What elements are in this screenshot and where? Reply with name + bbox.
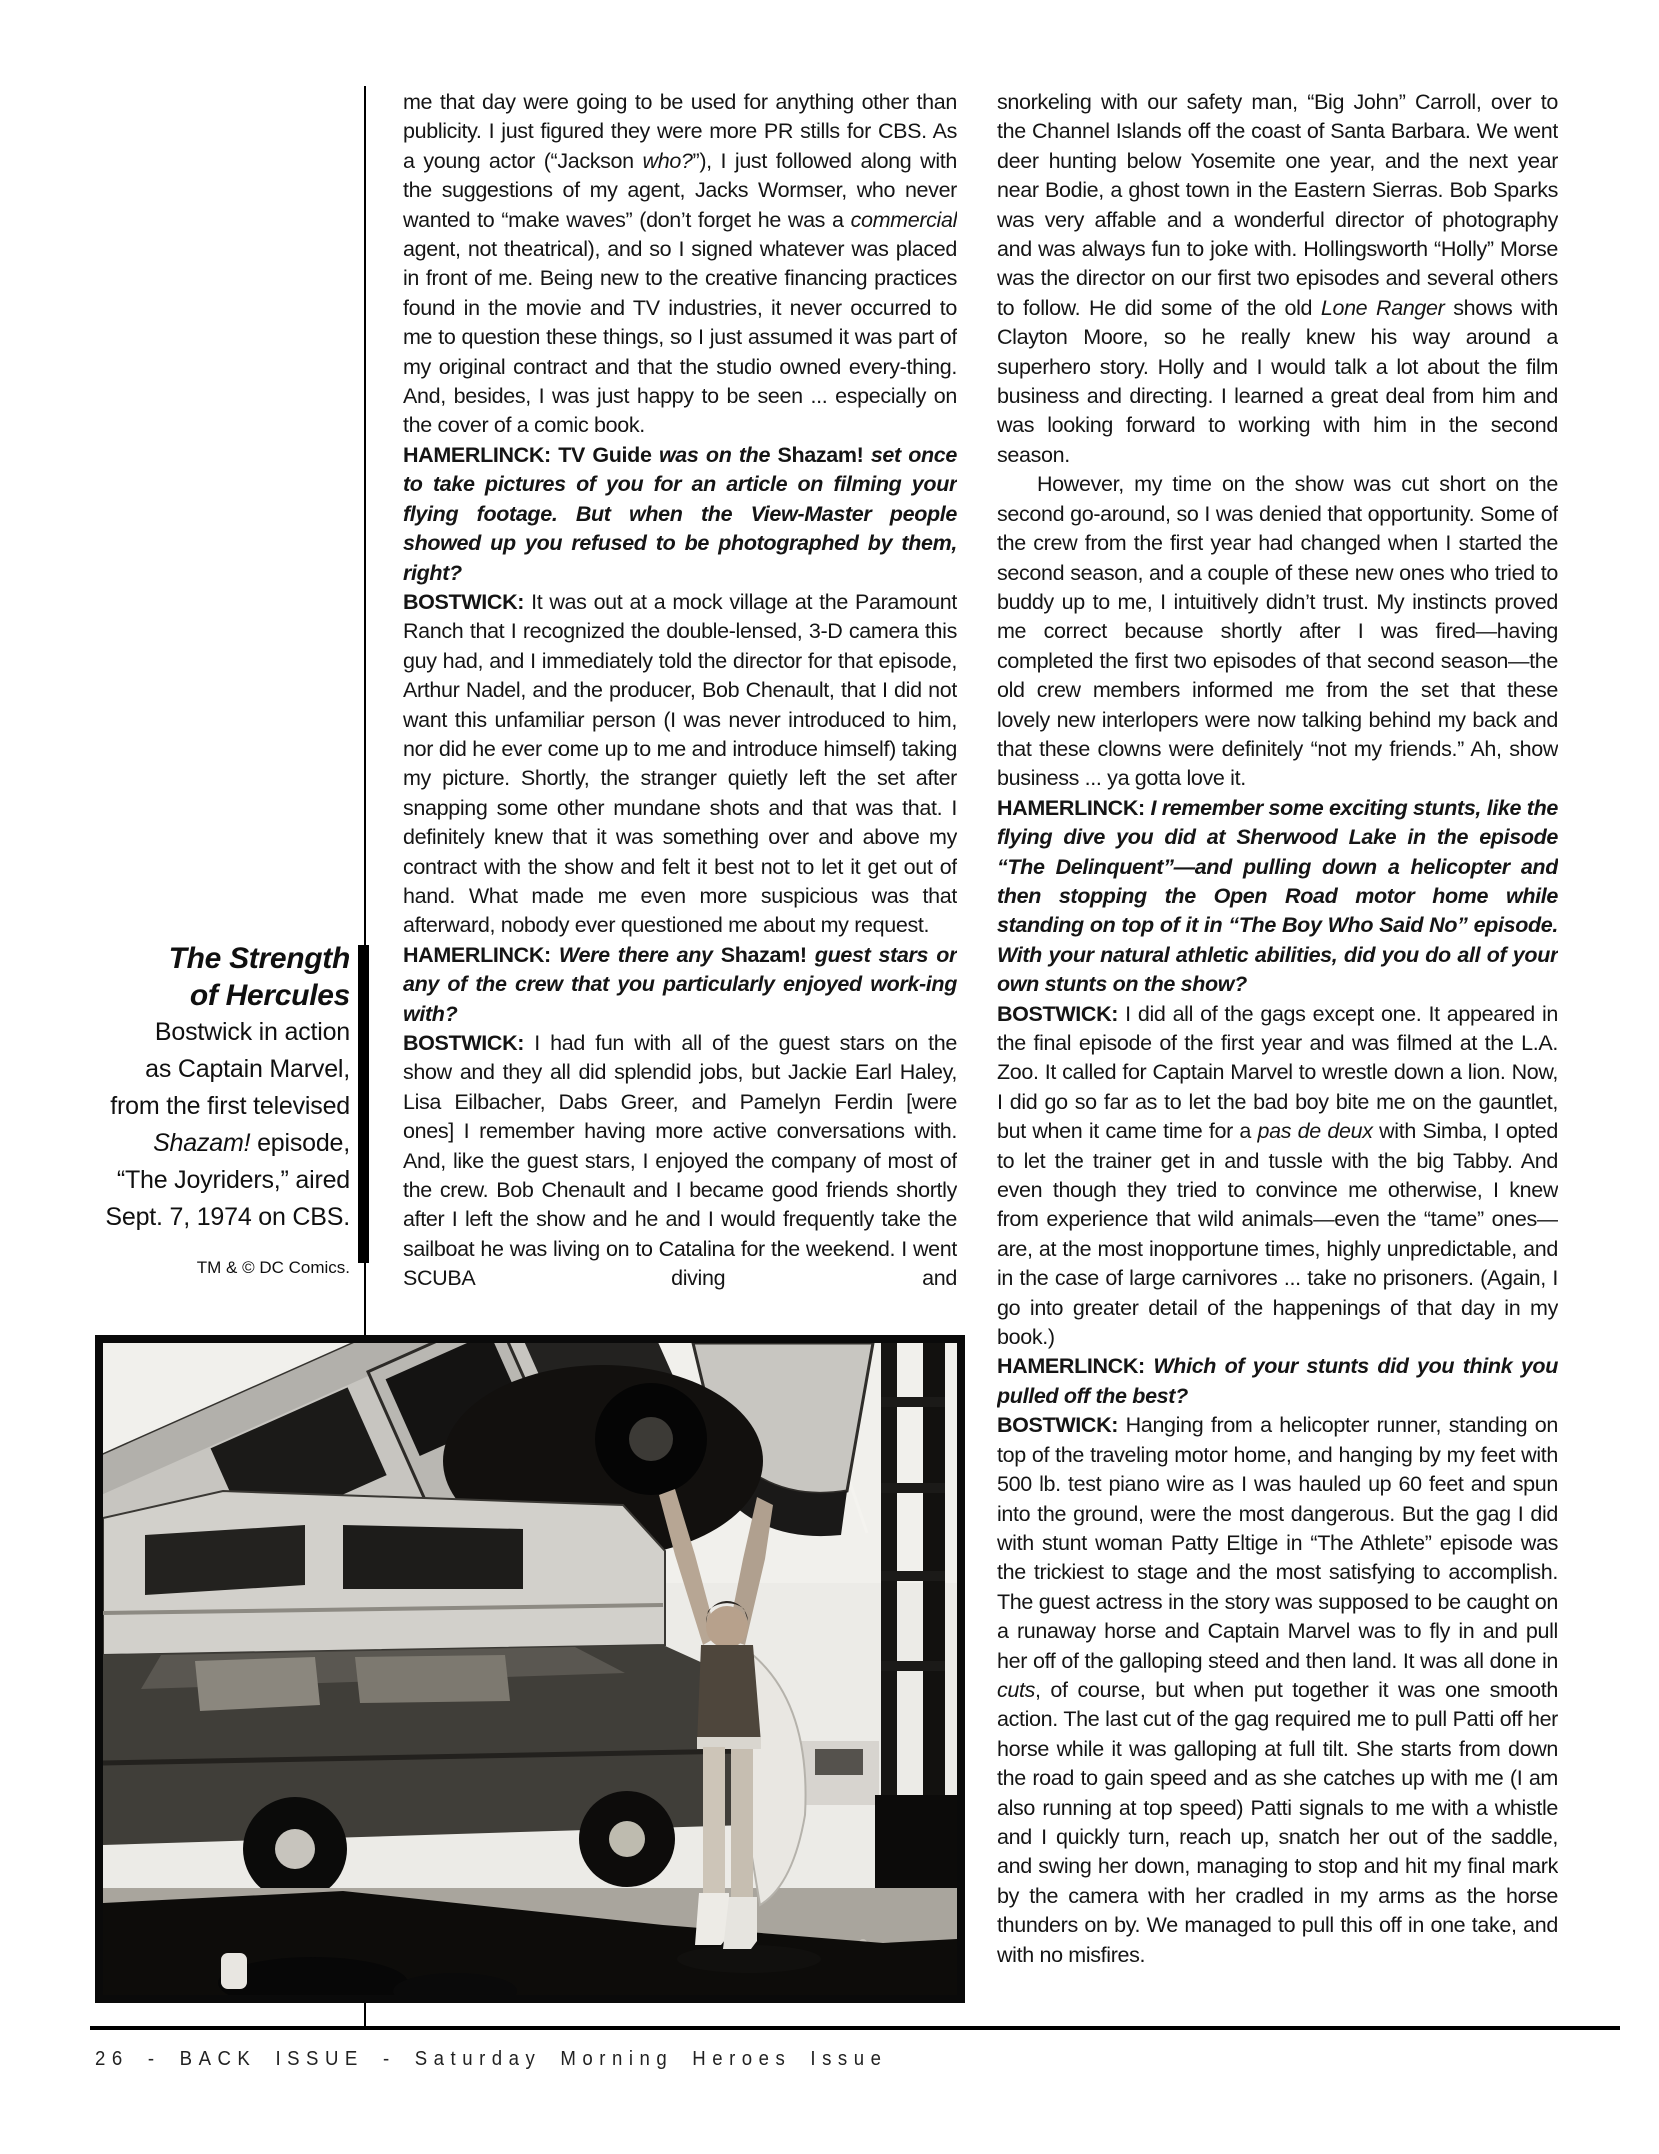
text-segment: snorkeling with our safety man, “Big Joh… xyxy=(997,90,1558,320)
text-segment: I remember some exciting stunts, like th… xyxy=(997,796,1558,996)
caption-line: as Captain Marvel, xyxy=(40,1051,350,1088)
text-segment: It was out at a mock village at the Para… xyxy=(403,590,957,937)
text-segment: as Captain Marvel, xyxy=(145,1055,350,1083)
paragraph: me that day were going to be used for an… xyxy=(403,88,957,441)
junkyard-photo xyxy=(95,1335,965,2003)
text-segment: Lone Ranger xyxy=(1321,296,1445,320)
text-segment: TV Guide xyxy=(558,443,659,467)
caption-title-line: The Strength xyxy=(40,940,350,977)
text-segment: HAMERLINCK: xyxy=(997,1354,1153,1378)
text-segment: Shazam! xyxy=(721,943,815,967)
footer-text: 26 - BACK ISSUE - Saturday Morning Heroe… xyxy=(95,2048,887,2071)
column-rule-bottom xyxy=(364,2003,366,2028)
text-segment: commercial xyxy=(851,208,957,232)
text-segment: episode, xyxy=(250,1129,350,1157)
text-segment: from the first televised xyxy=(110,1092,350,1120)
text-segment: HAMERLINCK: xyxy=(403,443,558,467)
footer-rule xyxy=(90,2026,1620,2030)
text-segment: Bostwick in action xyxy=(155,1018,350,1046)
junkyard-photo-art xyxy=(103,1343,957,1995)
text-segment: Shazam! xyxy=(153,1129,250,1157)
text-segment: HAMERLINCK: xyxy=(997,796,1150,820)
text-segment: HAMERLINCK: xyxy=(403,943,559,967)
text-segment: shows with Clayton Moore, so he really k… xyxy=(997,296,1558,467)
text-segment: , of course, but when put together it wa… xyxy=(997,1678,1558,1967)
paragraph: HAMERLINCK: I remember some exciting stu… xyxy=(997,794,1558,1000)
text-column-right: snorkeling with our safety man, “Big Joh… xyxy=(997,88,1558,2008)
text-segment: Were there any xyxy=(559,943,721,967)
caption-line: Bostwick in action xyxy=(40,1014,350,1051)
text-segment: BOSTWICK: xyxy=(403,1031,534,1055)
text-column-left: me that day were going to be used for an… xyxy=(403,88,957,1330)
caption-title: The Strengthof Hercules xyxy=(40,940,350,1014)
paragraph: snorkeling with our safety man, “Big Joh… xyxy=(997,88,1558,470)
caption-body: Bostwick in actionas Captain Marvel,from… xyxy=(40,1014,350,1236)
photo-caption: The Strengthof Hercules Bostwick in acti… xyxy=(40,940,350,1278)
text-segment: was on the xyxy=(659,443,778,467)
paragraph: HAMERLINCK: Were there any Shazam! guest… xyxy=(403,941,957,1029)
text-segment: I had fun with all of the guest stars on… xyxy=(403,1031,957,1290)
caption-accent-bar xyxy=(358,945,369,1263)
paragraph: BOSTWICK: I had fun with all of the gues… xyxy=(403,1029,957,1294)
text-segment: BOSTWICK: xyxy=(997,1002,1125,1026)
caption-credit: TM & © DC Comics. xyxy=(40,1258,350,1278)
text-segment: Shazam! xyxy=(777,443,870,467)
text-segment: who? xyxy=(643,149,693,173)
text-segment: Sept. 7, 1974 on CBS. xyxy=(105,1203,350,1231)
paragraph: HAMERLINCK: TV Guide was on the Shazam! … xyxy=(403,441,957,588)
caption-line: Sept. 7, 1974 on CBS. xyxy=(40,1199,350,1236)
text-segment: with Simba, I opted to let the trainer g… xyxy=(997,1119,1558,1349)
text-segment: Hanging from a helicopter runner, standi… xyxy=(997,1413,1558,1672)
caption-line: from the first televised xyxy=(40,1088,350,1125)
paragraph: BOSTWICK: I did all of the gags except o… xyxy=(997,1000,1558,1353)
caption-line: Shazam! episode, xyxy=(40,1125,350,1162)
caption-title-line: of Hercules xyxy=(40,977,350,1014)
text-segment: However, my time on the show was cut sho… xyxy=(997,472,1558,790)
paragraph: BOSTWICK: Hanging from a helicopter runn… xyxy=(997,1411,1558,1970)
caption-line: “The Joyriders,” aired xyxy=(40,1162,350,1199)
paragraph: BOSTWICK: It was out at a mock village a… xyxy=(403,588,957,941)
magazine-page: The Strengthof Hercules Bostwick in acti… xyxy=(0,0,1659,2154)
text-segment: pas de deux xyxy=(1258,1119,1373,1143)
text-segment: agent, not theatrical), and so I signed … xyxy=(403,237,957,437)
paragraph: HAMERLINCK: Which of your stunts did you… xyxy=(997,1352,1558,1411)
text-segment: BOSTWICK: xyxy=(997,1413,1126,1437)
paragraph: However, my time on the show was cut sho… xyxy=(997,470,1558,793)
text-segment: BOSTWICK: xyxy=(403,590,531,614)
text-segment: “The Joyriders,” aired xyxy=(117,1166,350,1194)
text-segment: cuts xyxy=(997,1678,1035,1702)
